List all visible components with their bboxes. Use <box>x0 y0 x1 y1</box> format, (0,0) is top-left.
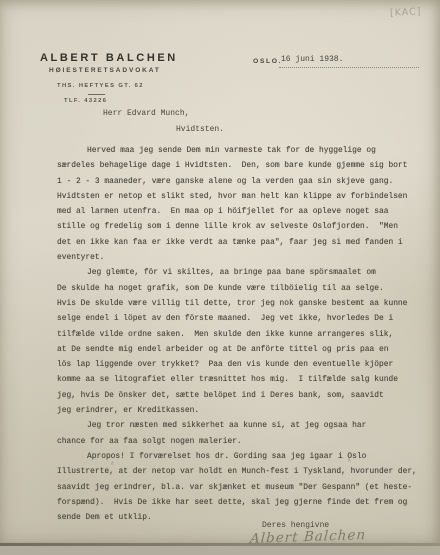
letter-paragraph: Herved maa jeg sende Dem min varmeste ta… <box>57 143 435 265</box>
letterhead-divider <box>88 94 105 95</box>
letterhead-phone: TLF. 43226 <box>64 98 107 104</box>
recipient-name: Herr Edvard Munch, <box>103 109 189 118</box>
letterhead-title: HØIESTERETSADVOKAT <box>49 67 161 74</box>
letter-paragraph: Jeg glemte, för vi skiltes, aa bringe pa… <box>57 265 435 418</box>
dateline-place: OSLO. <box>253 58 282 65</box>
paper-bottom-edge-shadow <box>0 543 440 546</box>
archive-mark: [KAC] <box>390 6 422 19</box>
letter-paragraph: Jeg tror næsten med sikkerhet aa kunne s… <box>57 418 435 449</box>
letterhead-address: THS. HEFTYES GT. 62 <box>57 83 144 89</box>
dateline-date: 16 juni 1938. <box>281 55 343 64</box>
letterhead-name: ALBERT BALCHEN <box>40 52 178 64</box>
letter-body: Herved maa jeg sende Dem min varmeste ta… <box>57 143 435 525</box>
letter-paper: [KAC] ALBERT BALCHEN HØIESTERETSADVOKAT … <box>0 0 440 544</box>
pencil-insert-caret: ∧ <box>347 457 351 464</box>
scanned-letter: [KAC] ALBERT BALCHEN HØIESTERETSADVOKAT … <box>0 0 440 555</box>
recipient-place: Hvidtsten. <box>176 125 224 134</box>
